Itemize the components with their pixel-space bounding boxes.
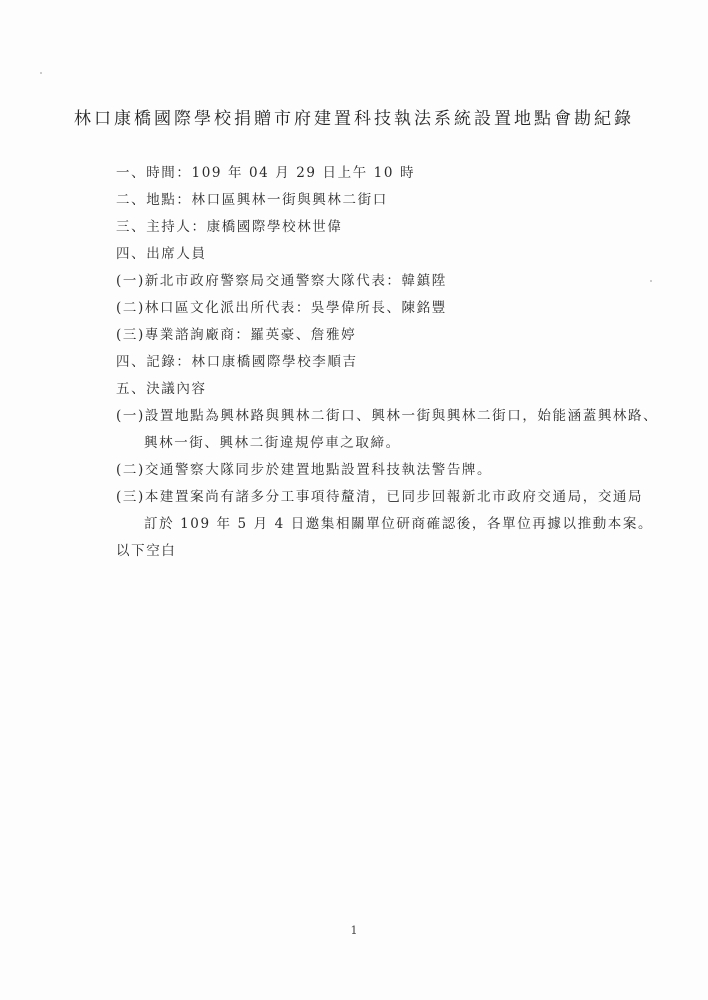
recorder: 四、記錄：林口康橋國際學校李順吉 [116, 350, 358, 370]
page-number: 1 [0, 924, 708, 937]
document-title: 林口康橋國際學校捐贈市府建置科技執法系統設置地點會勘紀錄 [0, 104, 708, 129]
scan-speck [40, 72, 42, 74]
attendee-station: (二)林口區文化派出所代表：吳學偉所長、陳銘豐 [116, 296, 447, 316]
scan-speck [650, 280, 652, 282]
resolutions-heading: 五、決議內容 [116, 377, 207, 397]
meeting-location: 二、地點：林口區興林一街與興林二街口 [116, 188, 388, 208]
resolution-2: (二)交通警察大隊同步於建置地點設置科技執法警告牌。 [116, 458, 492, 478]
attendees-heading: 四、出席人員 [116, 242, 207, 262]
resolution-1: (一)設置地點為興林路與興林二街口、興林一街與興林二街口，始能涵蓋興林路、 [116, 404, 658, 424]
meeting-host: 三、主持人：康橋國際學校林世偉 [116, 215, 343, 235]
attendee-consultant: (三)專業諮詢廠商：羅英豪、詹雅婷 [116, 323, 356, 343]
resolution-3: (三)本建置案尚有諸多分工事項待釐清，已同步回報新北市政府交通局，交通局 [116, 485, 643, 505]
document-page: 林口康橋國際學校捐贈市府建置科技執法系統設置地點會勘紀錄 一、時間：109 年 … [0, 0, 708, 1000]
attendee-police: (一)新北市政府警察局交通警察大隊代表：韓鎮陞 [116, 269, 447, 289]
blank-below-note: 以下空白 [116, 539, 176, 559]
resolution-3-cont: 訂於 109 年 5 月 4 日邀集相關單位研商確認後，各單位再據以推動本案。 [144, 512, 653, 532]
meeting-time: 一、時間：109 年 04 月 29 日上午 10 時 [116, 161, 415, 181]
resolution-1-cont: 興林一街、興林二街違規停車之取締。 [144, 431, 401, 451]
